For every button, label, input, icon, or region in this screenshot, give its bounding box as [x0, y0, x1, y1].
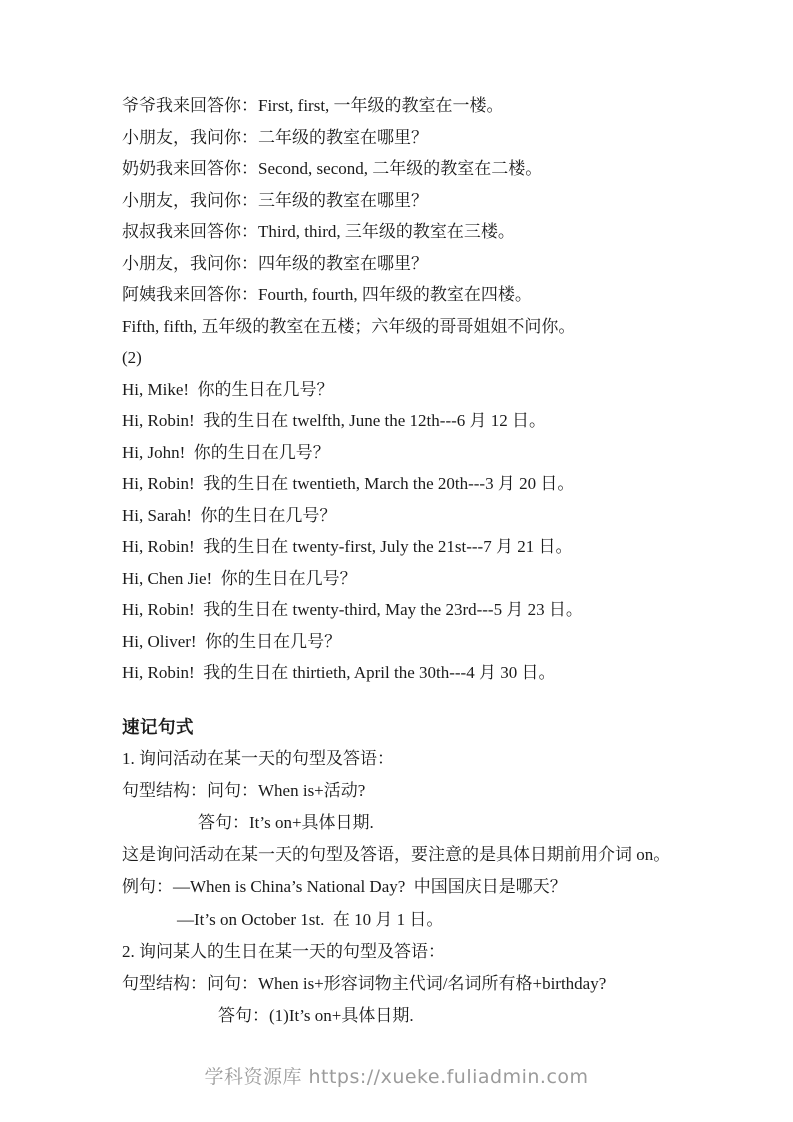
document-line: —It’s on October 1st. 在 10 月 1 日。 — [122, 904, 722, 936]
document-line: Hi, Robin! 我的生日在 thirtieth, April the 30… — [122, 657, 722, 689]
document-line: Fifth, fifth, 五年级的教室在五楼；六年级的哥哥姐姐不问你。 — [122, 311, 722, 343]
document-content: 爷爷我来回答你：First, first, 一年级的教室在一楼。小朋友，我问你：… — [122, 90, 722, 1032]
document-line: 叔叔我来回答你：Third, third, 三年级的教室在三楼。 — [122, 216, 722, 248]
document-line: 答句：(1)It’s on+具体日期. — [122, 1000, 722, 1032]
document-line: Hi, Mike! 你的生日在几号？ — [122, 374, 722, 406]
document-line: 句型结构：问句：When is+形容词物主代词/名词所有格+birthday? — [122, 968, 722, 1000]
document-line: 小朋友，我问你：三年级的教室在哪里？ — [122, 185, 722, 217]
document-line: 1. 询问活动在某一天的句型及答语： — [122, 743, 722, 775]
document-line: (2) — [122, 342, 722, 374]
document-line: 小朋友，我问你：四年级的教室在哪里？ — [122, 248, 722, 280]
document-line: Hi, Oliver! 你的生日在几号？ — [122, 626, 722, 658]
document-line: 句型结构：问句：When is+活动? — [122, 775, 722, 807]
document-line: 阿姨我来回答你：Fourth, fourth, 四年级的教室在四楼。 — [122, 279, 722, 311]
document-line: 小朋友，我问你：二年级的教室在哪里？ — [122, 122, 722, 154]
footer-text: 学科资源库 https://xueke.fuliadmin.com — [204, 1066, 588, 1088]
chant-section: 爷爷我来回答你：First, first, 一年级的教室在一楼。小朋友，我问你：… — [122, 90, 722, 689]
document-line: 奶奶我来回答你：Second, second, 二年级的教室在二楼。 — [122, 153, 722, 185]
document-line: 这是询问活动在某一天的句型及答语，要注意的是具体日期前用介词 on。 — [122, 839, 722, 871]
document-page: 爷爷我来回答你：First, first, 一年级的教室在一楼。小朋友，我问你：… — [0, 0, 793, 1122]
document-line: Hi, Robin! 我的生日在 twenty-third, May the 2… — [122, 594, 722, 626]
document-line: 答句：It’s on+具体日期. — [122, 807, 722, 839]
document-line: 爷爷我来回答你：First, first, 一年级的教室在一楼。 — [122, 90, 722, 122]
document-line: Hi, Sarah! 你的生日在几号？ — [122, 500, 722, 532]
document-line: Hi, Robin! 我的生日在 twentieth, March the 20… — [122, 468, 722, 500]
document-line: Hi, Robin! 我的生日在 twelfth, June the 12th-… — [122, 405, 722, 437]
footer-watermark: 学科资源库 https://xueke.fuliadmin.com — [0, 1062, 793, 1089]
document-line: Hi, Chen Jie! 你的生日在几号？ — [122, 563, 722, 595]
document-line: 例句：—When is China’s National Day? 中国国庆日是… — [122, 871, 722, 903]
section-heading: 速记句式 — [122, 711, 722, 743]
document-line: Hi, Robin! 我的生日在 twenty-first, July the … — [122, 531, 722, 563]
sentence-pattern-section: 1. 询问活动在某一天的句型及答语：句型结构：问句：When is+活动?答句：… — [122, 743, 722, 1033]
document-line: 2. 询问某人的生日在某一天的句型及答语： — [122, 936, 722, 968]
document-line: Hi, John! 你的生日在几号？ — [122, 437, 722, 469]
